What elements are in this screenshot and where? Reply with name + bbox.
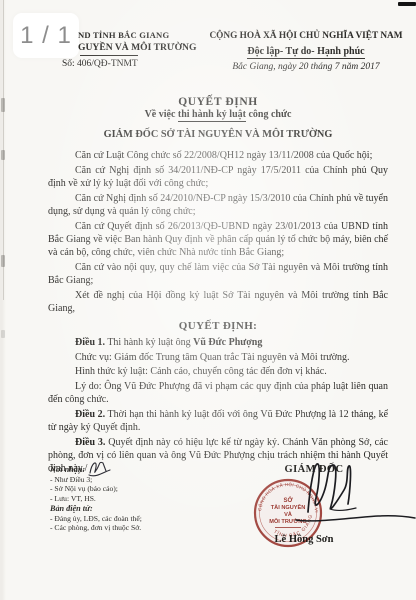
page-counter-badge: 1 / 1 — [13, 13, 79, 58]
scan-edge-smudge — [1, 150, 5, 160]
scan-edge-smudge — [1, 98, 5, 112]
place-dateline: Bắc Giang, ngày 20 tháng 7 năm 2017 — [200, 62, 412, 72]
document-subject: Về việc thi hành kỷ luật công chức — [48, 109, 388, 120]
article-2: Điều 2. Thời hạn thi hành kỷ luật đối vớ… — [48, 408, 388, 434]
article-1-label: Điều 1. — [75, 337, 105, 348]
preamble-paragraph: Căn cứ Luật Công chức số 22/2008/QH12 ng… — [48, 149, 388, 162]
subject-underlined-part: thi hành kỷ luật — [178, 109, 246, 122]
handwritten-initials-mark — [86, 458, 120, 480]
national-header-block: CỘNG HOÀ XÃ HỘI CHỦ NGHĨA VIỆT NAM Độc l… — [200, 31, 412, 72]
article-1-form: Hình thức kỷ luật: Cảnh cáo, chuyển công… — [48, 365, 388, 378]
national-title: CỘNG HOÀ XÃ HỘI CHỦ NGHĨA VIỆT NAM — [200, 31, 412, 41]
article-1-position: Chức vụ: Giám đốc Trung tâm Quan trắc Tà… — [48, 351, 388, 364]
scan-corner-mark — [398, 2, 416, 6]
preamble-section: Căn cứ Luật Công chức số 22/2008/QH12 ng… — [48, 149, 388, 315]
document-number: Số: 406/QĐ-TNMT — [62, 59, 208, 69]
org-parent-name: ND TỈNH BẮC GIANG — [78, 30, 208, 40]
document-title: QUYẾT ĐỊNH — [48, 96, 388, 108]
scanned-document-page: 1 / 1 ND TỈNH BẮC GIANG GUYỀN VÀ MÔI TRƯ… — [0, 0, 416, 600]
preamble-paragraph: Căn cứ vào nội quy, quy chế làm việc của… — [48, 261, 388, 287]
recipient-item: - Đảng ủy, LĐS, các đoàn thể; — [50, 514, 142, 524]
page-counter-label: 1 / 1 — [20, 22, 72, 50]
document-body: QUYẾT ĐỊNH Về việc thi hành kỷ luật công… — [48, 96, 388, 477]
signer-name: Lê Hồng Sơn — [262, 534, 346, 545]
signature-scribble — [286, 452, 416, 530]
issuer-title: GIÁM ĐỐC SỞ TÀI NGUYÊN VÀ MÔI TRƯỜNG — [48, 129, 388, 140]
org-name: GUYỀN VÀ MÔI TRƯỜNG — [78, 42, 208, 53]
disciplined-person-name: Vũ Đức Phượng — [193, 337, 262, 348]
article-1: Điều 1. Thi hành kỷ luật ông Vũ Đức Phượ… — [48, 336, 388, 349]
preamble-paragraph: Căn cứ Quyết định số 26/2013/QĐ-UBND ngà… — [48, 220, 388, 260]
recipient-item: - Các phòng, đơn vị thuộc Sở. — [50, 523, 142, 533]
issuing-org-block: ND TỈNH BẮC GIANG GUYỀN VÀ MÔI TRƯỜNG Số… — [78, 30, 208, 69]
decision-heading: QUYẾT ĐỊNH: — [48, 320, 388, 332]
preamble-paragraph: Xét đề nghị của Hội đồng kỷ luật Sở Tài … — [48, 289, 388, 315]
preamble-paragraph: Căn cứ Nghị định số 34/2011/NĐ-CP ngày 1… — [48, 164, 388, 190]
preamble-paragraph: Căn cứ Nghị định số 24/2010/NĐ-CP ngày 1… — [48, 192, 388, 218]
recipient-item: - Lưu: VT, HS. — [50, 494, 142, 504]
scan-edge-smudge — [1, 330, 5, 338]
national-motto: Độc lập- Tự do- Hạnh phúc — [247, 46, 364, 59]
article-3-label: Điều 3. — [75, 437, 105, 448]
recipient-item: - Sở Nội vụ (báo cáo); — [50, 484, 142, 494]
scan-edge-smudge — [1, 255, 5, 267]
org-separator-line — [80, 55, 138, 56]
electronic-copies-title: Bản điện tử: — [50, 504, 142, 514]
article-1-reason: Lý do: Ông Vũ Đức Phượng đã vi phạm các … — [48, 380, 388, 406]
article-2-label: Điều 2. — [75, 409, 105, 420]
